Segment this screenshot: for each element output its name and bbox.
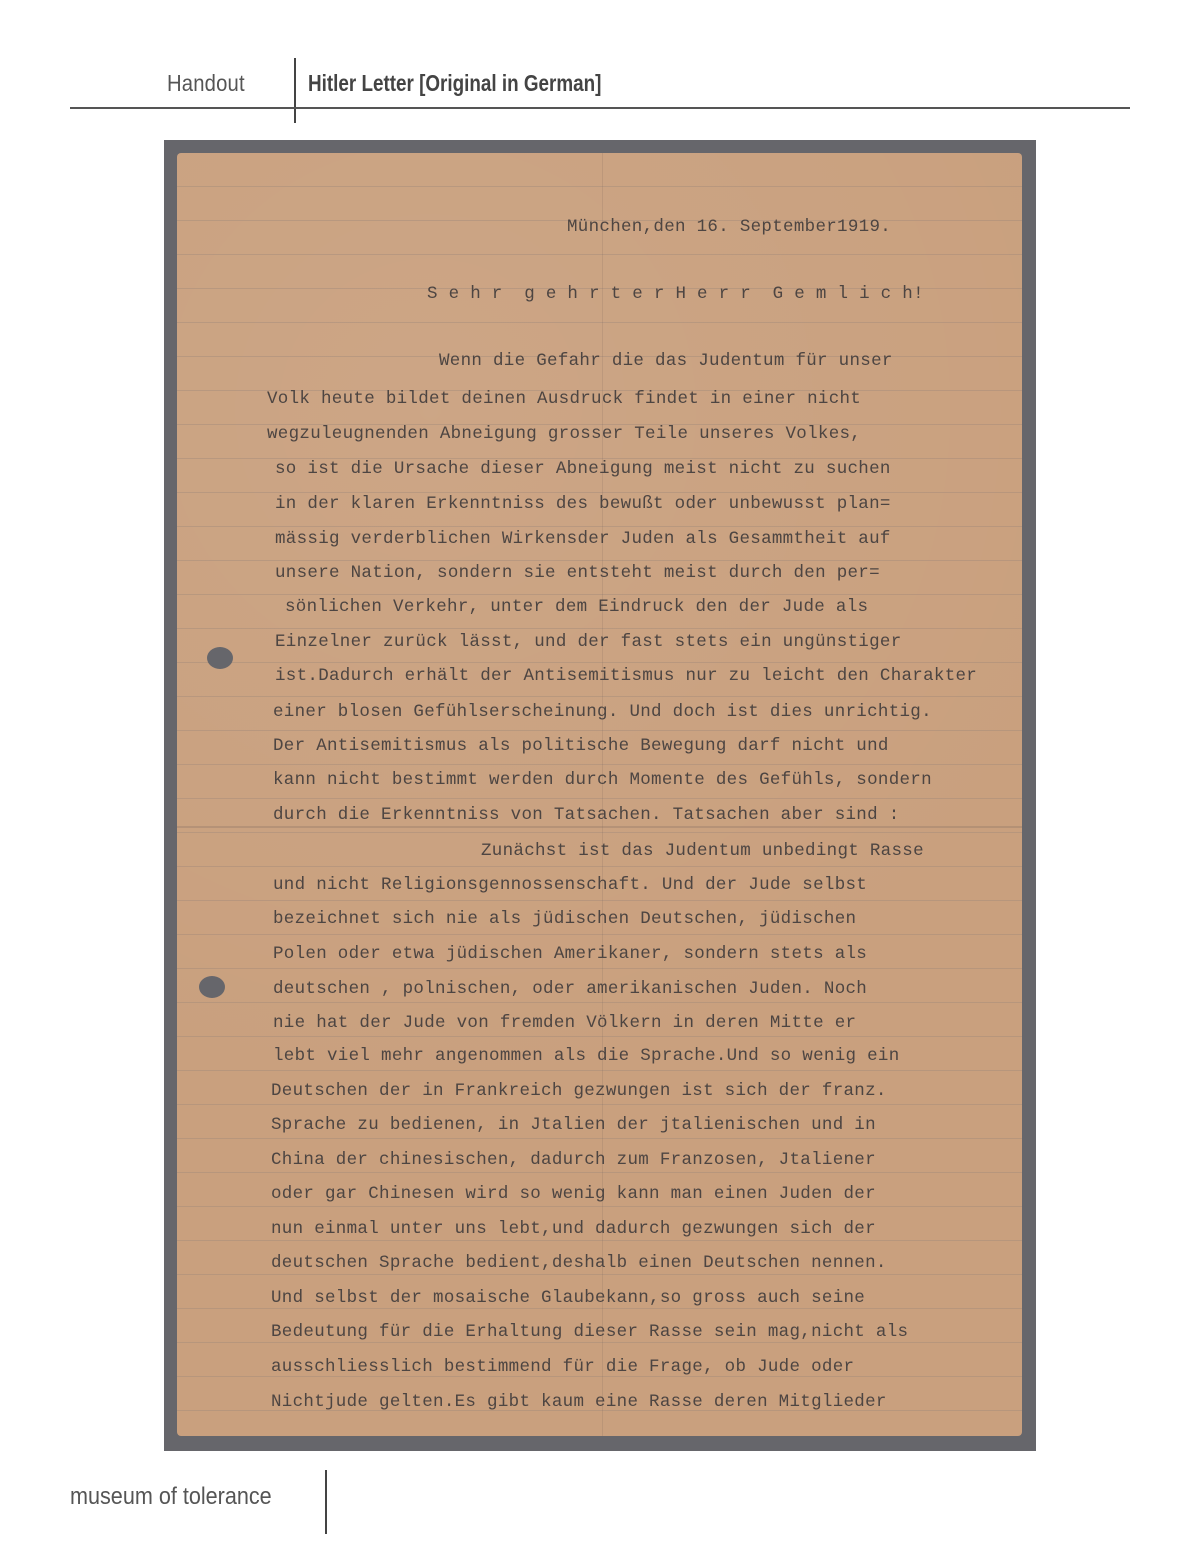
handout-label: Handout [167,70,245,97]
letter-line: deutschen Sprache bedient,deshalb einen … [271,1253,887,1273]
letter-line: kann nicht bestimmt werden durch Momente… [273,770,932,790]
letter-line: China der chinesischen, dadurch zum Fran… [271,1150,876,1170]
header-divider [294,58,296,123]
letter-line: wegzuleugnenden Abneigung grosser Teile … [267,424,861,444]
letter-line: ausschliesslich bestimmend für die Frage… [271,1357,854,1377]
punch-hole-icon [207,647,233,669]
letter-line: Volk heute bildet deinen Ausdruck findet… [267,389,861,409]
letter-line: bezeichnet sich nie als jüdischen Deutsc… [273,909,856,929]
letter-line: Zunächst ist das Judentum unbedingt Rass… [481,841,924,861]
fold-crease-horizontal [177,826,1022,828]
letter-line: Einzelner zurück lässt, und der fast ste… [275,632,902,652]
letter-line: nun einmal unter uns lebt,und dadurch ge… [271,1219,876,1239]
letter-line: Sprache zu bedienen, in Jtalien der jtal… [271,1115,876,1135]
letter-line: Deutschen der in Frankreich gezwungen is… [271,1081,887,1101]
letter-line: und nicht Religionsgennossenschaft. Und … [273,875,867,895]
letter-line: einer blosen Gefühlserscheinung. Und doc… [273,702,932,722]
letter-line: Der Antisemitismus als politische Bewegu… [273,736,889,756]
fold-crease-vertical [602,153,603,1436]
letter-line: sönlichen Verkehr, unter dem Eindruck de… [285,597,868,617]
header-rule [70,107,1130,109]
letter-dateline: München,den 16. September1919. [567,217,891,237]
page-header: Handout Hitler Letter [Original in Germa… [0,0,1200,130]
footer-divider [325,1470,327,1534]
letter-line: deutschen , polnischen, oder amerikanisc… [273,979,867,999]
letter-line: so ist die Ursache dieser Abneigung meis… [275,459,891,479]
letter-line: Und selbst der mosaische Glaubekann,so g… [271,1288,865,1308]
letter-line: Wenn die Gefahr die das Judentum für uns… [439,351,893,371]
letter-line: nie hat der Jude von fremden Völkern in … [273,1013,856,1033]
letter-line: mässig verderblichen Wirkensder Juden al… [275,529,891,549]
letter-salutation: S e h r g e h r t e r H e r r G e m l i … [427,284,924,304]
letter-scan: München,den 16. September1919. S e h r g… [164,140,1036,1451]
letter-line: Nichtjude gelten.Es gibt kaum eine Rasse… [271,1392,887,1412]
letter-line: in der klaren Erkenntniss des bewußt ode… [275,494,891,514]
page-title: Hitler Letter [Original in German] [308,70,601,97]
letter-line: unsere Nation, sondern sie entsteht meis… [275,563,880,583]
letter-line: Bedeutung für die Erhaltung dieser Rasse… [271,1322,908,1342]
letter-paper: München,den 16. September1919. S e h r g… [177,153,1022,1436]
punch-hole-icon [199,976,225,998]
letter-line: Polen oder etwa jüdischen Amerikaner, so… [273,944,867,964]
letter-line: durch die Erkenntniss von Tatsachen. Tat… [273,805,900,825]
letter-line: lebt viel mehr angenommen als die Sprach… [273,1046,900,1066]
letter-line: ist.Dadurch erhält der Antisemitismus nu… [275,666,977,686]
letter-line: oder gar Chinesen wird so wenig kann man… [271,1184,876,1204]
museum-brand: museum of tolerance [70,1483,272,1511]
